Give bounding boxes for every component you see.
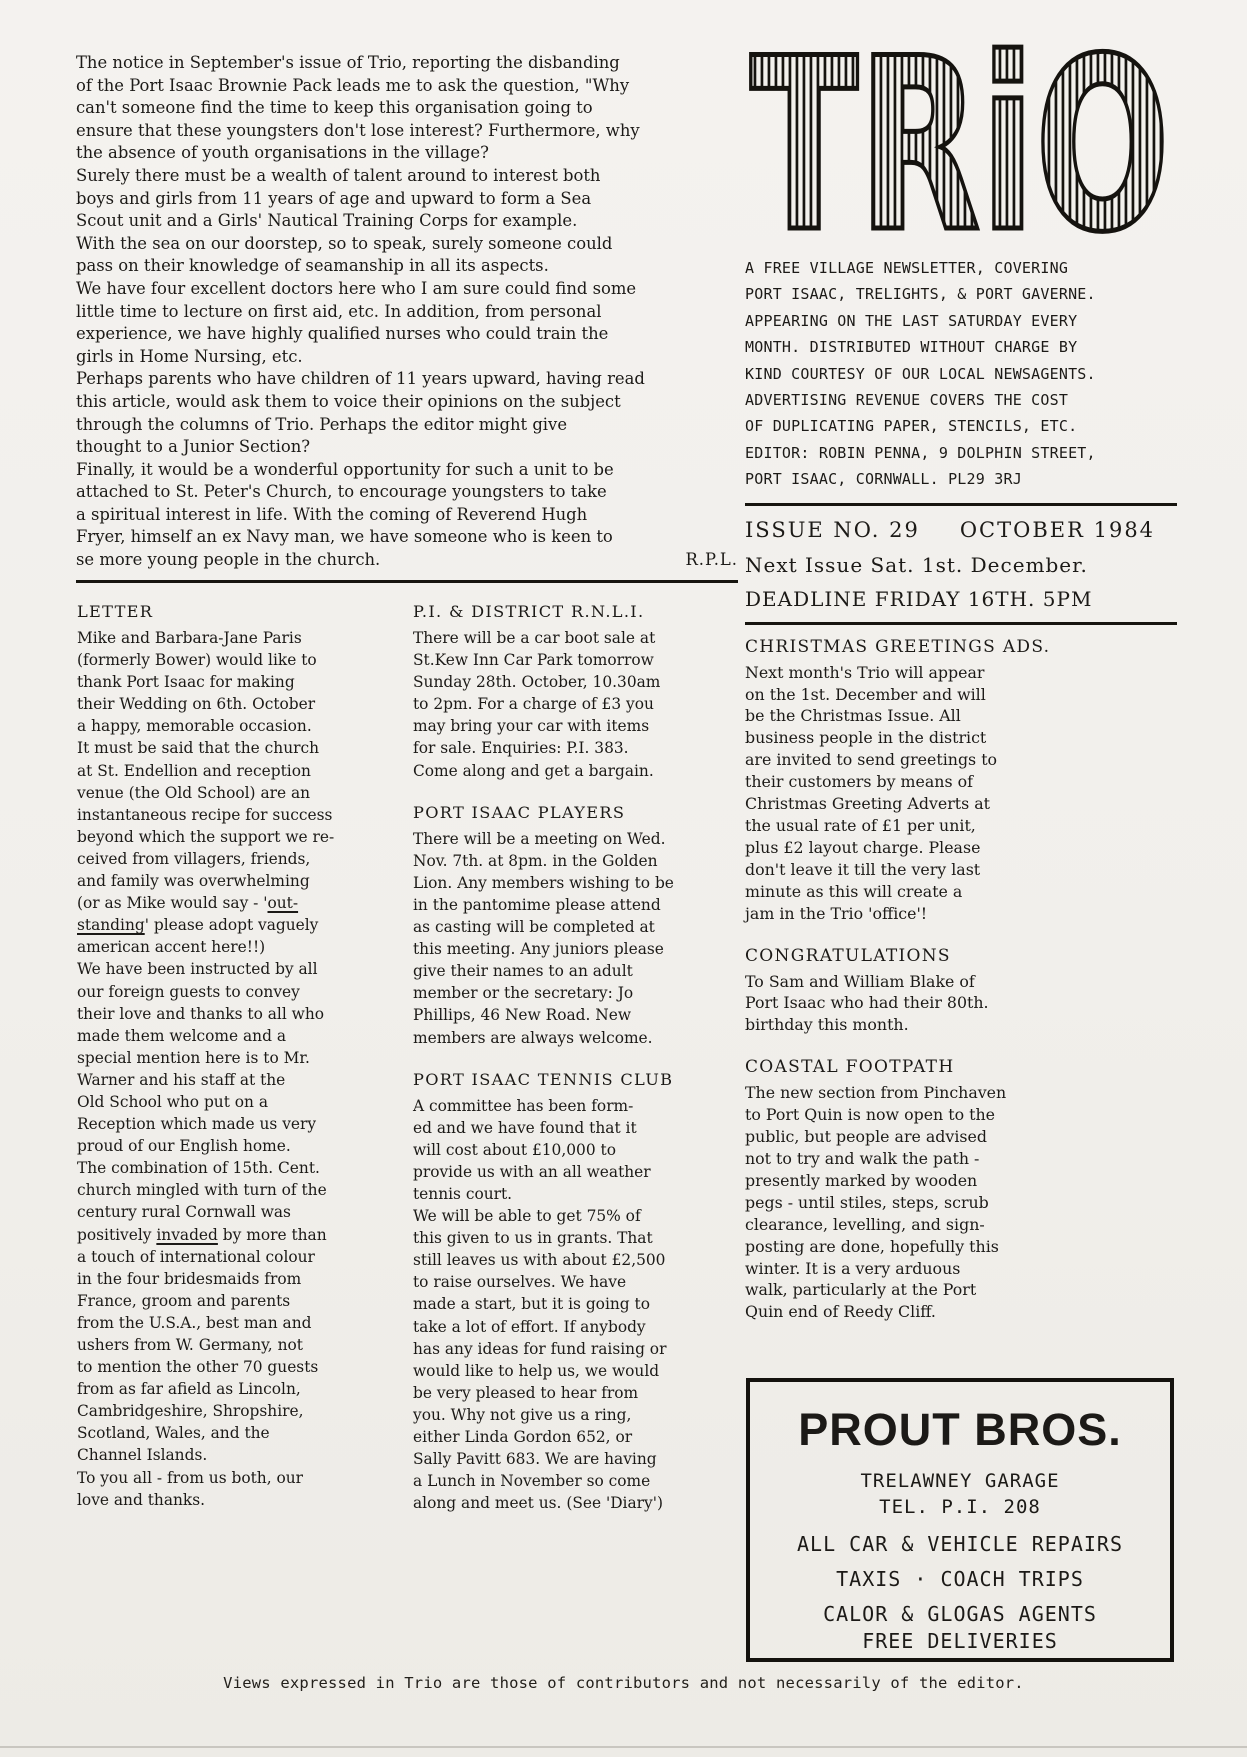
footpath-heading: COASTAL FOOTPATH: [745, 1055, 1177, 1079]
advert-agents-line: CALOR & GLOGAS AGENTS: [750, 1602, 1170, 1626]
lead-article-body: The notice in September's issue of Trio,…: [76, 52, 738, 549]
footpath-section: COASTAL FOOTPATH The new section from Pi…: [745, 1055, 1177, 1323]
letter-heading: LETTER: [77, 600, 407, 624]
letter-body-part3: by more than a touch of international co…: [77, 1226, 327, 1509]
advert-title: PROUT BROS.: [750, 1404, 1170, 1456]
congratulations-heading: CONGRATULATIONS: [745, 944, 1177, 968]
players-body: There will be a meeting on Wed. Nov. 7th…: [413, 828, 751, 1049]
masthead-description: A FREE VILLAGE NEWSLETTER, COVERING PORT…: [745, 255, 1177, 493]
congratulations-body: To Sam and William Blake of Port Isaac w…: [745, 971, 1177, 1037]
rnli-section: P.I. & DISTRICT R.N.L.I. There will be a…: [413, 600, 751, 782]
tennis-heading: PORT ISAAC TENNIS CLUB: [413, 1068, 751, 1092]
tennis-section: PORT ISAAC TENNIS CLUB A committee has b…: [413, 1068, 751, 1515]
issue-number: ISSUE NO. 29: [745, 518, 920, 542]
rnli-heading: P.I. & DISTRICT R.N.L.I.: [413, 600, 751, 624]
masthead-column: TRiO A FREE VILLAGE NEWSLETTER, COVERING…: [745, 40, 1177, 1342]
middle-column: P.I. & DISTRICT R.N.L.I. There will be a…: [413, 600, 751, 1533]
advert-repairs-line: ALL CAR & VEHICLE REPAIRS: [750, 1532, 1170, 1556]
issue-date: OCTOBER 1984: [960, 518, 1155, 542]
masthead-divider-bottom: [745, 622, 1177, 625]
trio-logo: TRiO: [745, 40, 1175, 247]
players-heading: PORT ISAAC PLAYERS: [413, 801, 751, 825]
advert-garage-line: TRELAWNEY GARAGE: [750, 1470, 1170, 1492]
players-section: PORT ISAAC PLAYERS There will be a meeti…: [413, 801, 751, 1049]
congratulations-section: CONGRATULATIONS To Sam and William Blake…: [745, 944, 1177, 1037]
issue-line: ISSUE NO. 29 OCTOBER 1984: [745, 518, 1177, 542]
letter-column: LETTER Mike and Barbara-Jane Paris (form…: [77, 600, 407, 1530]
letter-body-part1: Mike and Barbara-Jane Paris (formerly Bo…: [77, 629, 334, 912]
advert-taxis-line: TAXIS · COACH TRIPS: [750, 1567, 1170, 1591]
tennis-body: A committee has been form- ed and we hav…: [413, 1095, 751, 1515]
newsletter-page: The notice in September's issue of Trio,…: [0, 0, 1247, 1757]
right-sections: CHRISTMAS GREETINGS ADS. Next month's Tr…: [745, 635, 1177, 1324]
lead-article-last-line-row: se more young people in the church. R.P.…: [76, 549, 738, 572]
christmas-body: Next month's Trio will appear on the 1st…: [745, 662, 1177, 925]
letter-underlined-invaded: invaded: [156, 1226, 218, 1244]
lead-article-last-line: se more young people in the church.: [76, 549, 380, 572]
footer-disclaimer: Views expressed in Trio are those of con…: [0, 1674, 1247, 1692]
prout-bros-advert: PROUT BROS. TRELAWNEY GARAGE TEL. P.I. 2…: [746, 1378, 1174, 1662]
lead-article: The notice in September's issue of Trio,…: [76, 52, 738, 572]
christmas-section: CHRISTMAS GREETINGS ADS. Next month's Tr…: [745, 635, 1177, 925]
christmas-heading: CHRISTMAS GREETINGS ADS.: [745, 635, 1177, 659]
article-divider: [76, 580, 738, 583]
next-issue-date: Next Issue Sat. 1st. December.: [745, 553, 1177, 577]
rnli-body: There will be a car boot sale at St.Kew …: [413, 627, 751, 782]
advert-deliveries-line: FREE DELIVERIES: [750, 1629, 1170, 1653]
advert-phone-line: TEL. P.I. 208: [750, 1496, 1170, 1518]
letter-body-part2: ' please adopt vaguely american accent h…: [77, 916, 327, 1243]
letter-body: Mike and Barbara-Jane Paris (formerly Bo…: [77, 627, 407, 1511]
scan-edge-artifact: [0, 1746, 1247, 1748]
lead-article-signature: R.P.L.: [685, 549, 738, 572]
letter-section: LETTER Mike and Barbara-Jane Paris (form…: [77, 600, 407, 1511]
masthead-divider-top: [745, 503, 1177, 506]
footpath-body: The new section from Pinchaven to Port Q…: [745, 1082, 1177, 1323]
deadline-notice: DEADLINE FRIDAY 16TH. 5PM: [745, 587, 1177, 611]
svg-text:TRiO: TRiO: [750, 40, 1170, 247]
